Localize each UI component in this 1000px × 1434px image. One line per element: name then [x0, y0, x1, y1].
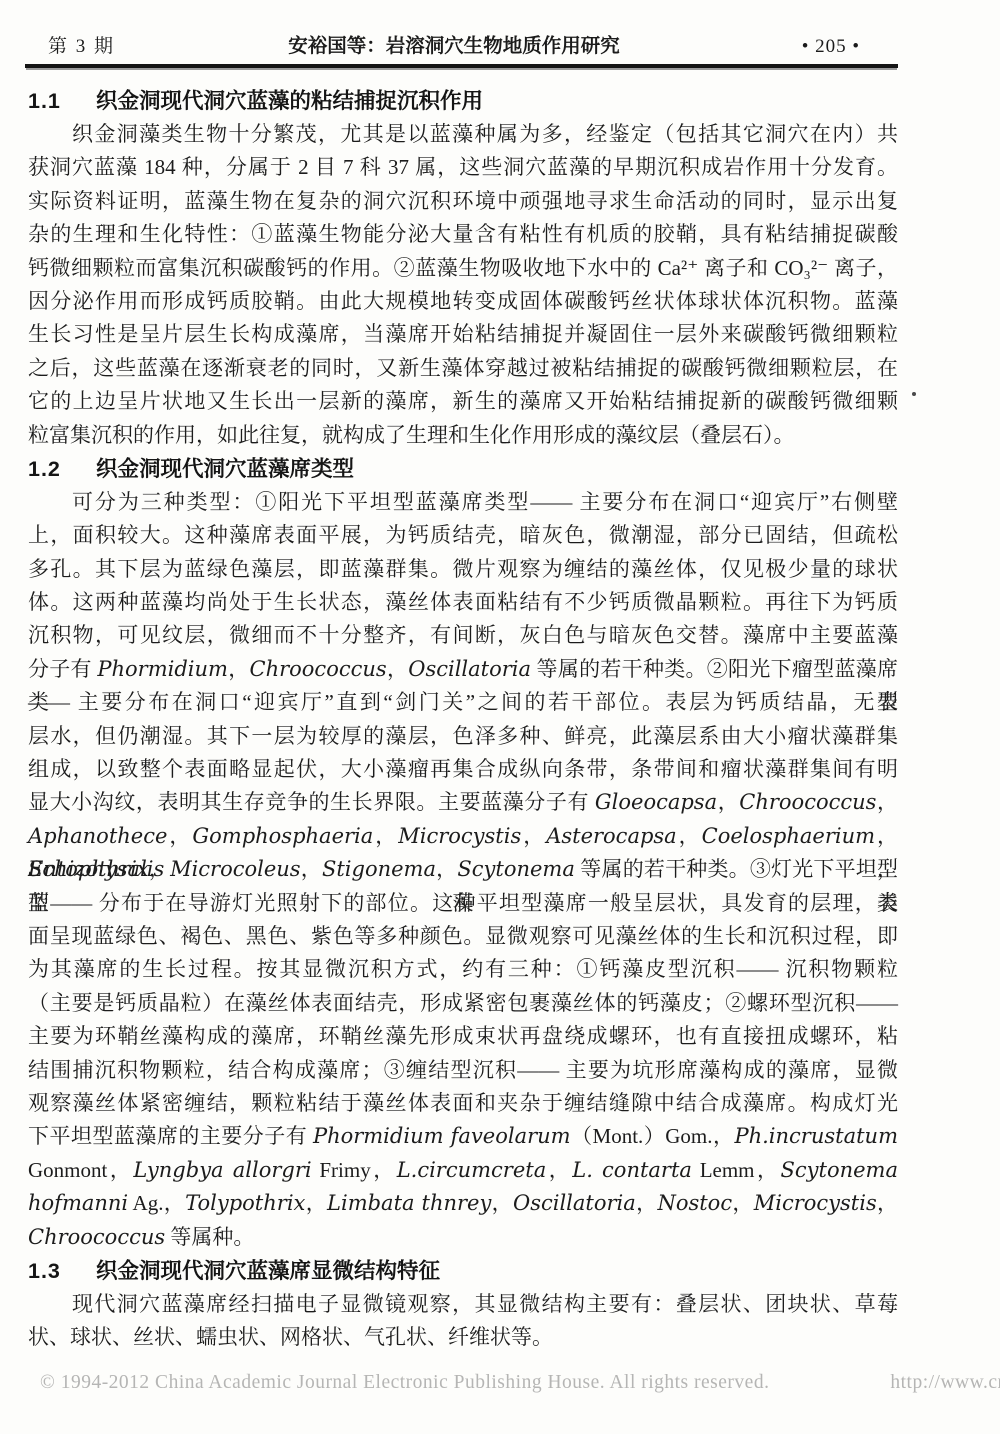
text-run: ， — [521, 824, 546, 848]
text-run: ， — [301, 857, 322, 881]
text-run: 层水，但仍潮湿。其下一层为较厚的藻层，色泽多种、鲜亮，此藻层系由大小瘤状藻群集 — [28, 724, 898, 748]
taxon-name-italic: Ph.incrustatum — [734, 1124, 898, 1148]
text-run: 实际资料证明，蓝藻生物在复杂的洞穴沉积环境中顽强地寻求生命活动的同时，显示出复 — [28, 189, 898, 213]
text-line: 面呈现蓝绿色、褐色、黑色、紫色等多种颜色。显微观察可见藻丝体的生长和沉积过程，即 — [28, 920, 898, 953]
text-run: 显大小沟纹，表明其生存竞争的生长界限。主要蓝藻分子有 — [28, 790, 595, 814]
scan-artifact-dot — [912, 392, 916, 396]
section-number: 1.1 — [28, 84, 90, 118]
running-title: 安裕国等：岩溶洞穴生物地质作用研究 — [198, 30, 710, 58]
text-run: ， — [149, 857, 170, 881]
text-line: 体。这两种蓝藻均尚处于生长状态，藻丝体表面粘结有不少钙质微晶颗粒。再往下为钙质 — [28, 586, 898, 619]
issue-label: 第 3 期 — [48, 31, 198, 58]
text-line: 层水，但仍潮湿。其下一层为较厚的藻层，色泽多种、鲜亮，此藻层系由大小瘤状藻群集 — [28, 720, 898, 753]
text-line: 结围捕沉积物颗粒，结合构成藻席；③缠结型沉积—— 主要为坑形席藻构成的藻席，显微 — [28, 1054, 898, 1087]
text-line: 钙微细颗粒而富集沉积碳酸钙的作用。②蓝藻生物吸收地下水中的 Ca²⁺ 离子和 C… — [28, 252, 898, 285]
text-line: 杂的生理和生化特性：①蓝藻生物能分泌大量含有粘性有机质的胶鞘，具有粘结捕捉碳酸 — [28, 218, 898, 251]
taxon-name-italic: Microcoleus — [170, 857, 301, 881]
text-line: 观察藻丝体紧密缠结，颗粒粘结于藻丝体表面和夹杂于缠结缝隙中结合成藻席。构成灯光 — [28, 1087, 898, 1120]
taxon-name-italic: L. contarta — [572, 1158, 692, 1182]
footer-copyright: © 1994-2012 China Academic Journal Elect… — [40, 1372, 769, 1394]
page-body: 1.1 织金洞现代洞穴蓝藻的粘结捕捉沉积作用 织金洞藻类生物十分繁茂，尤其是以蓝… — [28, 84, 898, 1355]
text-run: 因分泌作用而形成钙质胶鞘。由此大规模地转变成固体碳酸钙丝状体球状体沉积物。蓝藻 — [28, 289, 898, 313]
text-run: 可分为三种类型：①阳光下平坦型蓝藻席类型—— 主要分布在洞口“迎宾厅”右侧壁 — [72, 490, 898, 514]
text-run: ， — [717, 790, 739, 814]
text-run: 杂的生理和生化特性：①蓝藻生物能分泌大量含有粘性有机质的胶鞘，具有粘结捕捉碳酸 — [28, 222, 898, 246]
taxon-name-italic: Asterocapsa — [546, 824, 677, 848]
text-run: Frimy， — [312, 1158, 397, 1182]
text-run: 多孔。其下层为蓝绿色藻层，即蓝藻群集。微片观察为缠结的藻丝体，仅见极少量的球状 — [28, 557, 898, 581]
text-run: ， — [677, 824, 702, 848]
taxon-name-italic: Chroococcus — [250, 657, 387, 681]
text-line: 主要为环鞘丝藻构成的藻席，环鞘丝藻先形成束状再盘绕成螺环，也有直接扭成螺环，粘 — [28, 1020, 898, 1053]
text-line: —— 主要分布在洞口“迎宾厅”直到“剑门关”之间的若干部位。表层为钙质结晶，无表 — [28, 686, 898, 719]
section-1-2: 1.2 织金洞现代洞穴蓝藻席类型 可分为三种类型：①阳光下平坦型蓝藻席类型—— … — [28, 452, 898, 1254]
section-paragraph: 织金洞藻类生物十分繁茂，尤其是以蓝藻种属为多，经鉴定（包括其它洞穴在内）共获洞穴… — [28, 118, 898, 452]
text-run: 组成，以致整个表面略显起伏，大小藻瘤再集合成纵向条带，条带间和瘤状藻群集间有明 — [28, 757, 898, 781]
text-run: 它的上边呈片状地又生长出一层新的藻席，新生的藻席又开始粘结捕捉新的碳酸钙微细颗 — [28, 389, 898, 413]
text-line: 上，面积较大。这种藻席表面平展，为钙质结壳，暗灰色，微潮湿，部分已固结，但疏松 — [28, 519, 898, 552]
text-run: ， — [491, 1191, 513, 1215]
text-run: ， — [373, 824, 398, 848]
text-line: Schizothrix，Microcoleus，Stigonema，Scyton… — [28, 853, 898, 886]
section-1-3: 1.3 织金洞现代洞穴蓝藻席显微结构特征 现代洞穴蓝藻席经扫描电子显微镜观察，其… — [28, 1254, 898, 1355]
taxon-name-italic: Microcystis — [398, 824, 521, 848]
text-line: 因分泌作用而形成钙质胶鞘。由此大规模地转变成固体碳酸钙丝状体球状体沉积物。蓝藻 — [28, 285, 898, 318]
text-run: ， — [305, 1191, 327, 1215]
taxon-name-italic: L.circumcreta — [397, 1158, 547, 1182]
taxon-name-italic: Oscillatoria — [408, 657, 531, 681]
text-line: 实际资料证明，蓝藻生物在复杂的洞穴沉积环境中顽强地寻求生命活动的同时，显示出复 — [28, 185, 898, 218]
section-number: 1.3 — [28, 1254, 90, 1288]
text-run: 体。这两种蓝藻均尚处于生长状态，藻丝体表面粘结有不少钙质微晶颗粒。再往下为钙质 — [28, 590, 898, 614]
text-run: ， — [876, 790, 898, 814]
text-line: 可分为三种类型：①阳光下平坦型蓝藻席类型—— 主要分布在洞口“迎宾厅”右侧壁 — [28, 486, 898, 519]
text-line: 组成，以致整个表面略显起伏，大小藻瘤再集合成纵向条带，条带间和瘤状藻群集间有明 — [28, 753, 898, 786]
text-line: 它的上边呈片状地又生长出一层新的藻席，新生的藻席又开始粘结捕捉新的碳酸钙微细颗 — [28, 385, 898, 418]
text-run: 现代洞穴蓝藻席经扫描电子显微镜观察，其显微结构主要有：叠层状、团块状、草莓 — [72, 1292, 898, 1316]
text-line: 获洞穴蓝藻 184 种，分属于 2 目 7 科 37 属，这些洞穴蓝藻的早期沉积… — [28, 151, 898, 184]
text-line: 多孔。其下层为蓝绿色藻层，即蓝藻群集。微片观察为缠结的藻丝体，仅见极少量的球状 — [28, 553, 898, 586]
taxon-name-italic: Scytonema — [781, 1158, 898, 1182]
taxon-name-italic: Microcystis — [754, 1191, 877, 1215]
text-run: —— 主要分布在洞口“迎宾厅”直到“剑门关”之间的若干部位。表层为钙质结晶，无表 — [28, 690, 898, 714]
section-heading: 1.2 织金洞现代洞穴蓝藻席类型 — [28, 452, 898, 486]
text-run: 面呈现蓝绿色、褐色、黑色、紫色等多种颜色。显微观察可见藻丝体的生长和沉积过程，即 — [28, 924, 898, 948]
section-paragraph: 可分为三种类型：①阳光下平坦型蓝藻席类型—— 主要分布在洞口“迎宾厅”右侧壁上，… — [28, 486, 898, 1254]
taxon-name-italic: Schizothrix — [28, 857, 149, 881]
text-run: （主要是钙质晶粒）在藻丝体表面结壳，形成紧密包裹藻丝体的钙藻皮；②螺环型沉积—— — [28, 991, 898, 1015]
text-line: 沉积物，可见纹层，微细而不十分整齐，有间断，灰白色与暗灰色交替。藻席中主要蓝藻 — [28, 619, 898, 652]
text-run: 沉积物，可见纹层，微细而不十分整齐，有间断，灰白色与暗灰色交替。藻席中主要蓝藻 — [28, 623, 898, 647]
text-line: 为其藻席的生长过程。按其显微沉积方式，约有三种：①钙藻皮型沉积—— 沉积物颗粒 — [28, 953, 898, 986]
header-rule — [25, 64, 898, 68]
text-line: 状、球状、丝状、蠕虫状、网格状、气孔状、纤维状等。 — [28, 1321, 898, 1354]
text-run: 上，面积较大。这种藻席表面平展，为钙质结壳，暗灰色，微潮湿，部分已固结，但疏松 — [28, 523, 898, 547]
text-line: 型—— 分布于在导游灯光照射下的部位。这种平坦型藻席一般呈层状，具发育的层理，表 — [28, 887, 898, 920]
text-run: ， — [436, 857, 457, 881]
text-line: 之后，这些蓝藻在逐渐衰老的同时，又新生藻体穿越过被粘结捕捉的碳酸钙微细颗粒层，在 — [28, 352, 898, 385]
text-run: 等属种。 — [165, 1225, 254, 1249]
section-title: 织金洞现代洞穴蓝藻的粘结捕捉沉积作用 — [96, 89, 483, 113]
text-run: 结围捕沉积物颗粒，结合构成藻席；③缠结型沉积—— 主要为坑形席藻构成的藻席，显微 — [28, 1058, 898, 1082]
section-heading: 1.3 织金洞现代洞穴蓝藻席显微结构特征 — [28, 1254, 898, 1288]
page-number: • 205 • — [710, 36, 860, 58]
taxon-name-italic: Nostoc — [657, 1191, 732, 1215]
section-heading: 1.1 织金洞现代洞穴蓝藻的粘结捕捉沉积作用 — [28, 84, 898, 118]
text-run: ， — [387, 657, 409, 681]
text-run: 为其藻席的生长过程。按其显微沉积方式，约有三种：①钙藻皮型沉积—— 沉积物颗粒 — [28, 957, 898, 981]
text-run: 状、球状、丝状、蠕虫状、网格状、气孔状、纤维状等。 — [28, 1325, 553, 1349]
page-header: 第 3 期 安裕国等：岩溶洞穴生物地质作用研究 • 205 • — [48, 30, 860, 58]
taxon-name-italic: Oscillatoria — [513, 1191, 636, 1215]
text-run: Lemm， — [692, 1158, 781, 1182]
footer-url: http://www.cnk — [890, 1372, 1000, 1394]
text-run: 下平坦型蓝藻席的主要分子有 — [28, 1124, 313, 1148]
text-run: ， — [228, 657, 250, 681]
text-run: 获洞穴蓝藻 184 种，分属于 2 目 7 科 37 属，这些洞穴蓝藻的早期沉积… — [28, 155, 898, 179]
text-line: （主要是钙质晶粒）在藻丝体表面结壳，形成紧密包裹藻丝体的钙藻皮；②螺环型沉积—— — [28, 987, 898, 1020]
taxon-name-italic: Limbata thnrey — [327, 1191, 491, 1215]
taxon-name-italic: Stigonema — [322, 857, 436, 881]
section-title: 织金洞现代洞穴蓝藻席类型 — [96, 457, 354, 481]
text-run: Ag.， — [128, 1191, 185, 1215]
text-run: ， — [877, 1191, 898, 1215]
text-line: 织金洞藻类生物十分繁茂，尤其是以蓝藻种属为多，经鉴定（包括其它洞穴在内）共 — [28, 118, 898, 151]
taxon-name-italic: Gloeocapsa — [595, 790, 717, 814]
taxon-name-italic: Lyngbya allorgri — [133, 1158, 311, 1182]
section-1-1: 1.1 织金洞现代洞穴蓝藻的粘结捕捉沉积作用 织金洞藻类生物十分繁茂，尤其是以蓝… — [28, 84, 898, 452]
taxon-name-italic: Gomphosphaeria — [192, 824, 373, 848]
text-run: （Mont.）Gom.， — [571, 1124, 735, 1148]
text-run: 主要为环鞘丝藻构成的藻席，环鞘丝藻先形成束状再盘绕成螺环，也有直接扭成螺环，粘 — [28, 1024, 898, 1048]
text-line: hofmanni Ag.，Tolypothrix，Limbata thnrey，… — [28, 1187, 898, 1220]
text-run: 型—— 分布于在导游灯光照射下的部位。这种平坦型藻席一般呈层状，具发育的层理，表 — [28, 891, 898, 915]
text-line: Aphanothece，Gomphosphaeria，Microcystis，A… — [28, 820, 898, 853]
taxon-name-italic: Phormidium faveolarum — [313, 1124, 571, 1148]
text-line: 生长习性是呈片层生长构成藻席，当藻席开始粘结捕捉并凝固住一层外来碳酸钙微细颗粒 — [28, 318, 898, 351]
footer-watermark: © 1994-2012 China Academic Journal Elect… — [40, 1372, 1000, 1394]
text-line: Chroococcus 等属种。 — [28, 1221, 898, 1254]
text-line: 分子有 Phormidium，Chroococcus，Oscillatoria … — [28, 653, 898, 686]
taxon-name-italic: Phormidium — [97, 657, 228, 681]
text-run: ， — [167, 824, 192, 848]
text-run: 之后，这些蓝藻在逐渐衰老的同时，又新生藻体穿越过被粘结捕捉的碳酸钙微细颗粒层，在 — [28, 356, 898, 380]
section-number: 1.2 — [28, 452, 90, 486]
text-run: ， — [875, 824, 898, 848]
taxon-name-italic: Chroococcus — [28, 1225, 165, 1249]
text-run: 分子有 — [28, 657, 97, 681]
text-run: ， — [546, 1158, 572, 1182]
taxon-name-italic: Coelosphaerium — [702, 824, 875, 848]
section-paragraph: 现代洞穴蓝藻席经扫描电子显微镜观察，其显微结构主要有：叠层状、团块状、草莓状、球… — [28, 1288, 898, 1355]
taxon-name-italic: Scytonema — [457, 857, 574, 881]
section-title: 织金洞现代洞穴蓝藻席显微结构特征 — [96, 1259, 440, 1283]
taxon-name-italic: hofmanni — [28, 1191, 128, 1215]
text-line: 粒富集沉积的作用，如此往复，就构成了生理和生化作用形成的藻纹层（叠层石）。 — [28, 419, 898, 452]
text-run: 生长习性是呈片层生长构成藻席，当藻席开始粘结捕捉并凝固住一层外来碳酸钙微细颗粒 — [28, 322, 898, 346]
text-run: ， — [732, 1191, 754, 1215]
taxon-name-italic: Tolypothrix — [185, 1191, 305, 1215]
text-line: 现代洞穴蓝藻席经扫描电子显微镜观察，其显微结构主要有：叠层状、团块状、草莓 — [28, 1288, 898, 1321]
text-line: 显大小沟纹，表明其生存竞争的生长界限。主要蓝藻分子有 Gloeocapsa，Ch… — [28, 786, 898, 819]
text-run: 钙微细颗粒而富集沉积碳酸钙的作用。②蓝藻生物吸收地下水中的 Ca²⁺ 离子和 C… — [28, 256, 898, 280]
taxon-name-italic: Aphanothece — [28, 824, 167, 848]
text-run: 观察藻丝体紧密缠结，颗粒粘结于藻丝体表面和夹杂于缠结缝隙中结合成藻席。构成灯光 — [28, 1091, 898, 1115]
journal-page: 第 3 期 安裕国等：岩溶洞穴生物地质作用研究 • 205 • 1.1 织金洞现… — [0, 0, 1000, 1434]
text-run: 织金洞藻类生物十分繁茂，尤其是以蓝藻种属为多，经鉴定（包括其它洞穴在内）共 — [72, 122, 898, 146]
text-run: ， — [636, 1191, 658, 1215]
text-line: Gonmont，Lyngbya allorgri Frimy，L.circumc… — [28, 1154, 898, 1187]
text-run: Gonmont， — [28, 1158, 133, 1182]
taxon-name-italic: Chroococcus — [739, 790, 876, 814]
text-line: 下平坦型蓝藻席的主要分子有 Phormidium faveolarum（Mont… — [28, 1120, 898, 1153]
text-run: 粒富集沉积的作用，如此往复，就构成了生理和生化作用形成的藻纹层（叠层石）。 — [28, 423, 795, 447]
